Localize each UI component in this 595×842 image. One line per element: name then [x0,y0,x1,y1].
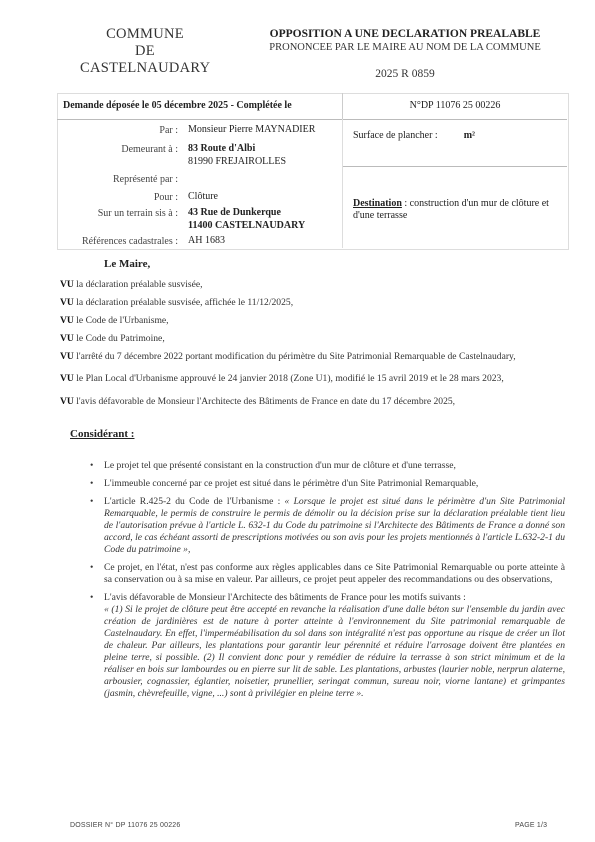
vu-item: VU la déclaration préalable susvisée, af… [60,297,570,309]
value-terrain-2: 11400 CASTELNAUDARY [188,220,305,232]
surface-plancher: Surface de plancher :m² [353,130,475,141]
label-par: Par : [55,125,178,136]
abf-quote: « (1) Si le projet de clôture peut être … [104,604,565,700]
label-pour: Pour : [55,192,178,203]
value-par: Monsieur Pierre MAYNADIER [188,124,315,136]
demand-header: Demande déposée le 05 décembre 2025 - Co… [57,93,343,120]
label-cadastre: Références cadastrales : [55,236,178,247]
commune-line-3: CASTELNAUDARY [80,60,210,77]
dp-number: N°DP 11076 25 00226 [343,93,567,119]
demand-line: Demande déposée le 05 décembre 2025 - Co… [57,93,342,119]
surface-label: Surface de plancher : [353,130,438,141]
vu-item: VU l'arrêté du 7 décembre 2022 portant m… [60,351,570,363]
label-demeurant: Demeurant à : [55,144,178,155]
considerant-list: Le projet tel que présenté consistant en… [90,460,565,704]
vu-item: VU la déclaration préalable susvisée, [60,279,570,291]
commune-name: COMMUNE DE CASTELNAUDARY [80,26,210,77]
value-address-2: 81990 FREJAIROLLES [188,156,286,168]
surface-unit: m² [464,130,475,141]
value-terrain-1: 43 Rue de Dunkerque [188,207,281,219]
title-line-2: PRONONCEE PAR LE MAIRE AU NOM DE LA COMM… [245,41,565,54]
value-pour: Clôture [188,191,218,203]
label-represente: Représenté par : [55,174,178,185]
value-address-1: 83 Route d'Albi [188,143,255,155]
table-divider-vertical [342,119,343,248]
footer-page: PAGE 1/3 [515,822,547,829]
dp-header: N°DP 11076 25 00226 [343,93,567,120]
footer-dossier: DOSSIER N° DP 11076 25 00226 [70,822,180,829]
vu-item: VU l'avis défavorable de Monsieur l'Arch… [60,396,570,408]
commune-line-1: COMMUNE [80,26,210,43]
vu-item: VU le Plan Local d'Urbanisme approuvé le… [60,373,570,385]
destination: Destination : construction d'un mur de c… [353,198,563,222]
considerant-item: L'avis défavorable de Monsieur l'Archite… [90,592,565,700]
value-cadastre: AH 1683 [188,235,225,247]
considerant-heading: Considérant : [70,428,134,440]
title-line-1: OPPOSITION A UNE DECLARATION PREALABLE [245,28,565,41]
considerant-item: L'article R.425-2 du Code de l'Urbanisme… [90,496,565,556]
considerant-item: Le projet tel que présenté consistant en… [90,460,565,472]
reference-number: 2025 R 0859 [245,68,565,80]
destination-label: Destination [353,198,402,209]
label-terrain: Sur un terrain sis à : [55,208,178,219]
vu-item: VU le Code du Patrimoine, [60,333,570,345]
considerant-item: Ce projet, en l'état, n'est pas conforme… [90,562,565,586]
commune-line-2: DE [80,43,210,60]
table-divider-horizontal [343,166,567,167]
vu-item: VU le Code de l'Urbanisme, [60,315,570,327]
document-title: OPPOSITION A UNE DECLARATION PREALABLE P… [245,28,565,80]
considerant-item: L'immeuble concerné par ce projet est si… [90,478,565,490]
le-maire: Le Maire, [104,258,150,270]
